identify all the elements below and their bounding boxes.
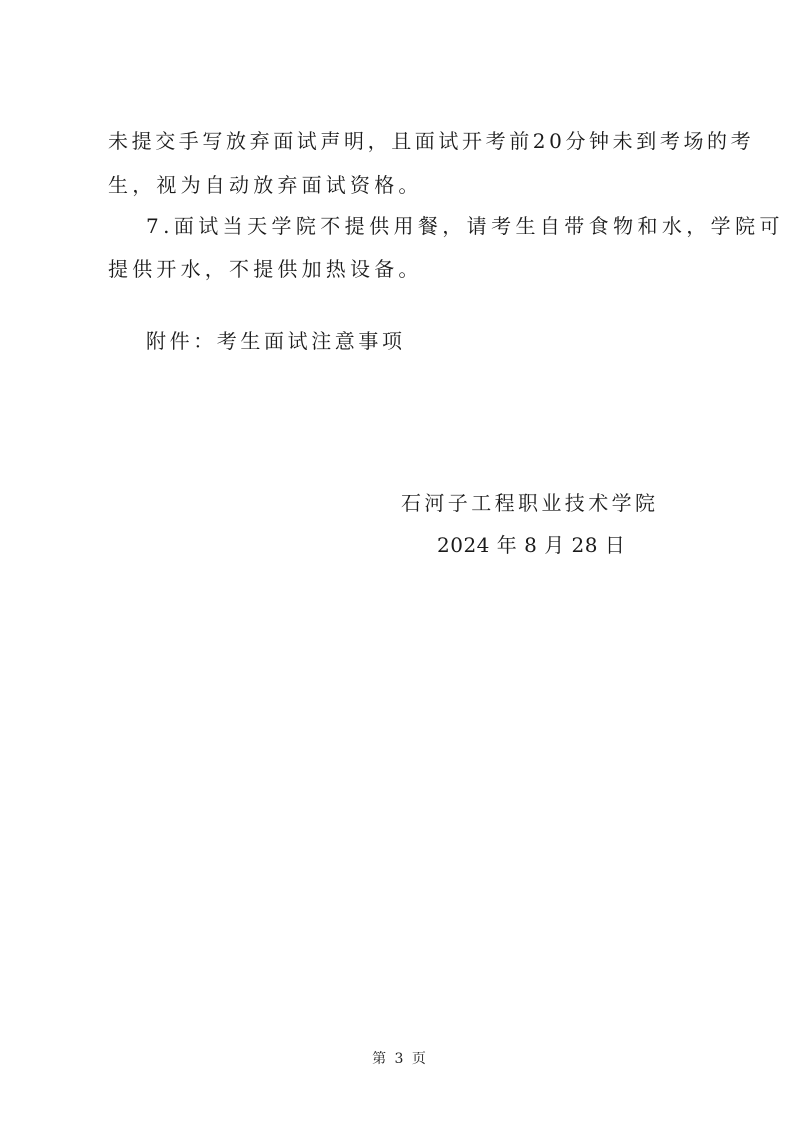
- paragraph-6-line-2: 生，视为自动放弃面试资格。: [108, 171, 423, 199]
- page-number: 第 3 页: [0, 1050, 800, 1068]
- attachment-note: 附件：考生面试注意事项: [146, 327, 406, 355]
- paragraph-6-line-1: 未提交手写放弃面试声明，且面试开考前20分钟未到考场的考: [108, 127, 754, 155]
- signature-date: 2024 年 8 月 28 日: [437, 531, 625, 559]
- signature-organization: 石河子工程职业技术学院: [401, 489, 658, 517]
- paragraph-7-line-1: 7.面试当天学院不提供用餐，请考生自带食物和水，学院可: [146, 212, 784, 240]
- paragraph-7-line-2: 提供开水，不提供加热设备。: [108, 255, 423, 283]
